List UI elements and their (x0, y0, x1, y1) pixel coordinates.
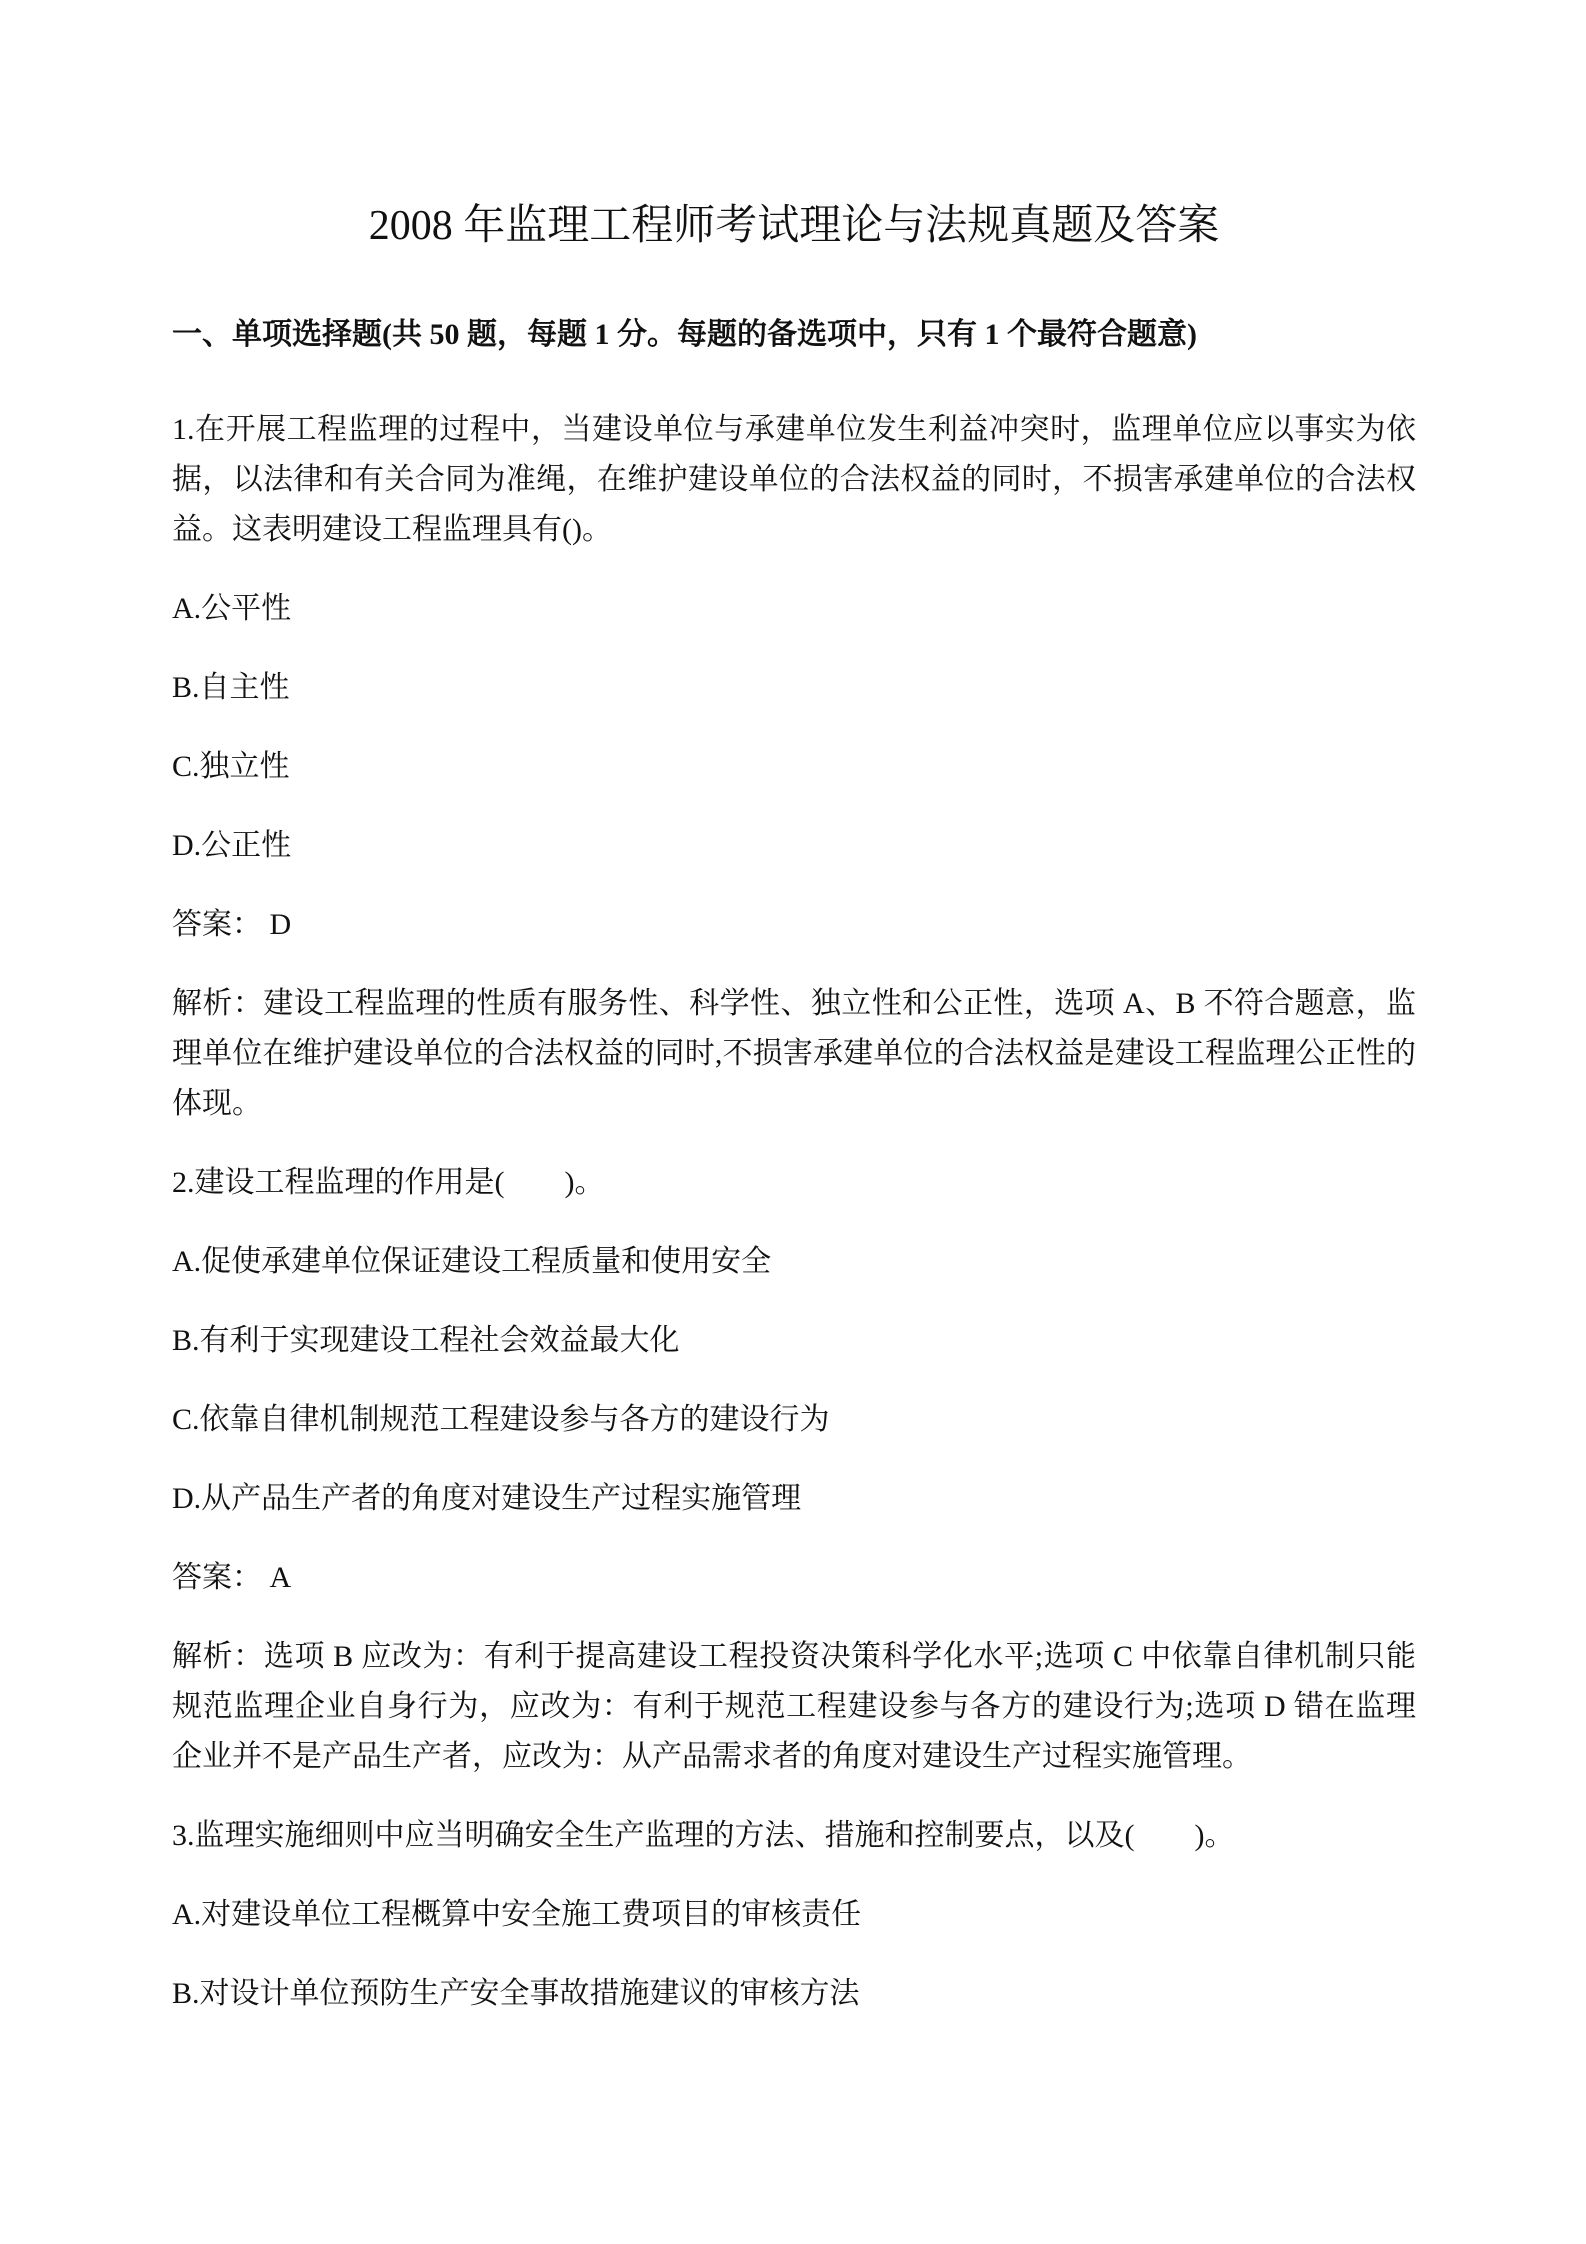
question-1-option-c: C.独立性 (172, 742, 1416, 792)
question-2-option-b: B.有利于实现建设工程社会效益最大化 (172, 1316, 1416, 1366)
question-3-stem: 3.监理实施细则中应当明确安全生产监理的方法、措施和控制要点，以及( )。 (172, 1811, 1416, 1861)
question-1-stem: 1.在开展工程监理的过程中，当建设单位与承建单位发生利益冲突时，监理单位应以事实… (172, 405, 1416, 555)
question-1-option-b: B.自主性 (172, 663, 1416, 713)
question-1-answer: 答案： D (172, 900, 1416, 950)
question-2-option-d: D.从产品生产者的角度对建设生产过程实施管理 (172, 1474, 1416, 1524)
question-2-option-c: C.依靠自律机制规范工程建设参与各方的建设行为 (172, 1395, 1416, 1445)
question-3-option-a: A.对建设单位工程概算中安全施工费项目的审核责任 (172, 1890, 1416, 1940)
question-2: 2.建设工程监理的作用是( )。 A.促使承建单位保证建设工程质量和使用安全 B… (172, 1158, 1416, 1782)
page-title: 2008 年监理工程师考试理论与法规真题及答案 (172, 198, 1416, 254)
section-heading: 一、单项选择题(共 50 题，每题 1 分。每题的备选项中，只有 1 个最符合题… (172, 310, 1416, 360)
question-3-option-b: B.对设计单位预防生产安全事故措施建议的审核方法 (172, 1969, 1416, 2019)
document-page: 2008 年监理工程师考试理论与法规真题及答案 一、单项选择题(共 50 题，每… (0, 0, 1586, 2244)
question-1-option-a: A.公平性 (172, 584, 1416, 634)
question-3: 3.监理实施细则中应当明确安全生产监理的方法、措施和控制要点，以及( )。 A.… (172, 1811, 1416, 2019)
question-1-option-d: D.公正性 (172, 821, 1416, 871)
question-1: 1.在开展工程监理的过程中，当建设单位与承建单位发生利益冲突时，监理单位应以事实… (172, 405, 1416, 1129)
question-2-answer: 答案： A (172, 1553, 1416, 1603)
question-1-analysis: 解析：建设工程监理的性质有服务性、科学性、独立性和公正性，选项 A、B 不符合题… (172, 979, 1416, 1129)
question-2-analysis: 解析：选项 B 应改为：有利于提高建设工程投资决策科学化水平;选项 C 中依靠自… (172, 1632, 1416, 1782)
question-2-option-a: A.促使承建单位保证建设工程质量和使用安全 (172, 1237, 1416, 1287)
question-2-stem: 2.建设工程监理的作用是( )。 (172, 1158, 1416, 1208)
